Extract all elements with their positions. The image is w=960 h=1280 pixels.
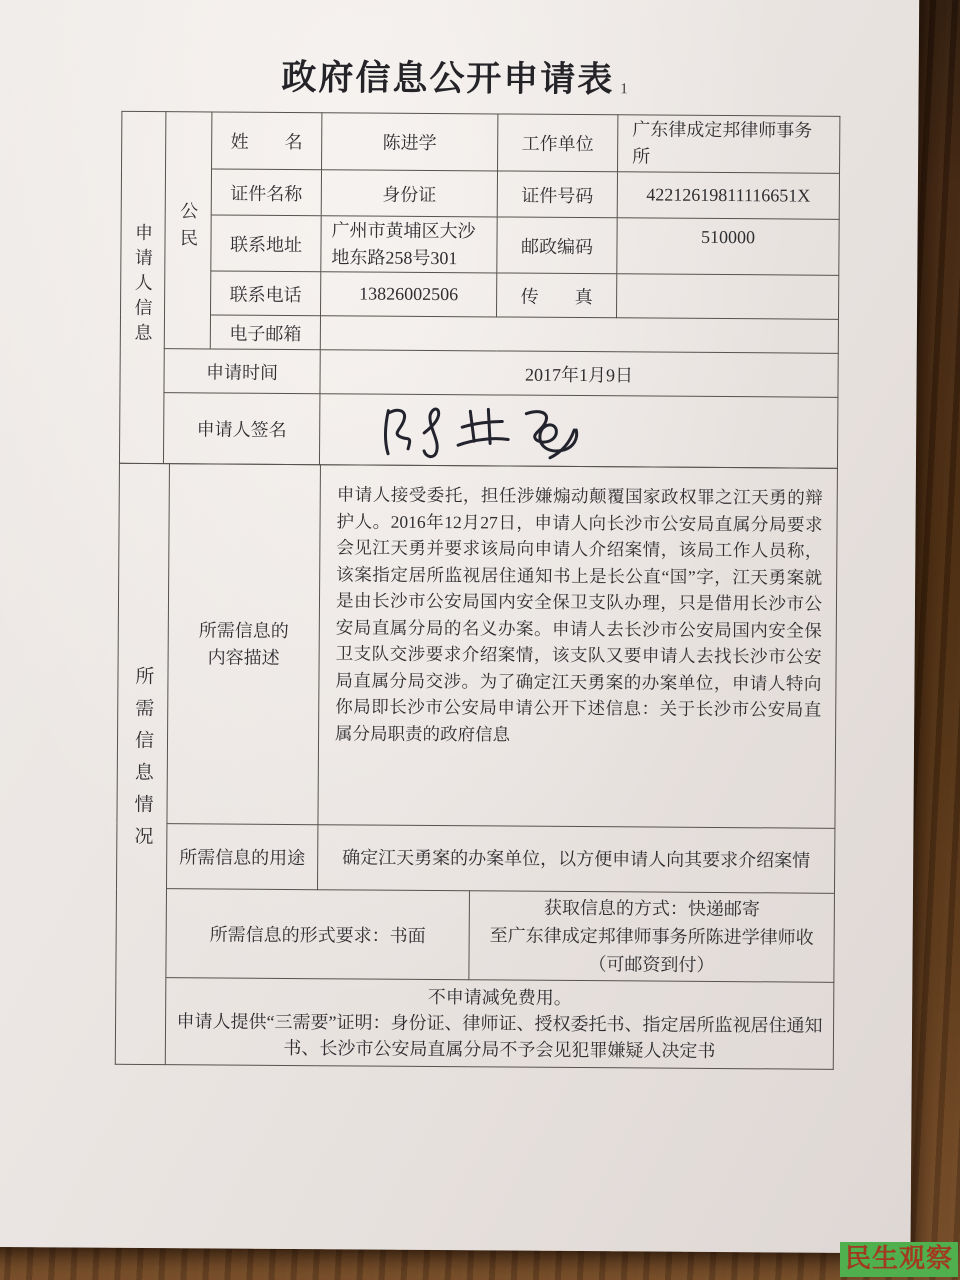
minsheng-watermark: 民生观察 [840,1242,958,1277]
handwritten-signature [378,399,618,463]
name-label: 姓 名 [212,112,322,170]
email-value [320,316,838,354]
id-type-label: 证件名称 [211,169,321,216]
purpose-value: 确定江天勇案的办案单位，以方便申请人向其要求介绍案情 [317,825,834,894]
postcode-label: 邮政编码 [497,217,617,274]
info-section-table: 所需信息情况 所需信息的内容描述 申请人接受委托，担任涉嫌煽动颠覆国家政权罪之江… [115,463,838,1070]
postcode-value: 510000 [617,218,839,276]
signature-cell [319,394,837,469]
evidence-provided-line: 申请人提供“三需要”证明：身份证、律师证、授权委托书、指定居所监视居住通知书、长… [176,1008,823,1065]
signature-label: 申请人签名 [163,393,319,465]
fax-label: 传 真 [496,273,616,318]
phone-value: 13826002506 [320,272,496,317]
description-label: 所需信息的内容描述 [167,464,321,825]
name-value: 陈进学 [322,113,498,171]
title-row: 政府信息公开申请表1 [96,49,814,104]
page-title: 政府信息公开申请表 [281,58,614,99]
address-value: 广州市黄埔区大沙地东路258号301 [321,216,497,273]
delivery-method: 获取信息的方式：快递邮寄 至广东律成定邦律师事务所陈进学律师收（可邮资到付） [469,891,835,983]
paper-sheet: 政府信息公开申请表1 申请人信息 公民 姓 名 陈进学 工作单位 广东律成定邦律… [0,0,920,1253]
description-value: 申请人接受委托，担任涉嫌煽动颠覆国家政权罪之江天勇的辩护人。2016年12月27… [318,465,838,829]
email-label: 电子邮箱 [210,315,320,350]
employer-label: 工作单位 [498,114,618,172]
info-group-label: 所需信息情况 [115,463,169,1064]
format-requirement: 所需信息的形式要求：书面 [166,889,470,980]
title-footnote: 1 [620,81,628,97]
fee-and-evidence-cell: 不申请减免费用。 申请人提供“三需要”证明：身份证、律师证、授权委托书、指定居所… [165,978,834,1070]
id-number-value: 42212619811116651X [617,172,839,220]
id-number-label: 证件号码 [497,171,617,218]
id-type-value: 身份证 [321,170,497,217]
application-form-table: 申请人信息 公民 姓 名 陈进学 工作单位 广东律成定邦律师事务所 证件名称 身… [115,111,840,1070]
fax-value [616,274,838,320]
applicant-group-label: 申请人信息 [119,111,165,463]
citizen-subgroup-label: 公民 [164,112,212,349]
address-label: 联系地址 [211,215,321,272]
date-label: 申请时间 [164,349,320,394]
employer-value: 广东律成定邦律师事务所 [618,115,840,174]
purpose-label: 所需信息的用途 [166,824,317,890]
photo-background-wood: 政府信息公开申请表1 申请人信息 公民 姓 名 陈进学 工作单位 广东律成定邦律… [0,0,960,1280]
applicant-section-table: 申请人信息 公民 姓 名 陈进学 工作单位 广东律成定邦律师事务所 证件名称 身… [119,111,840,469]
date-value: 2017年1月9日 [320,350,838,398]
phone-label: 联系电话 [211,271,321,316]
